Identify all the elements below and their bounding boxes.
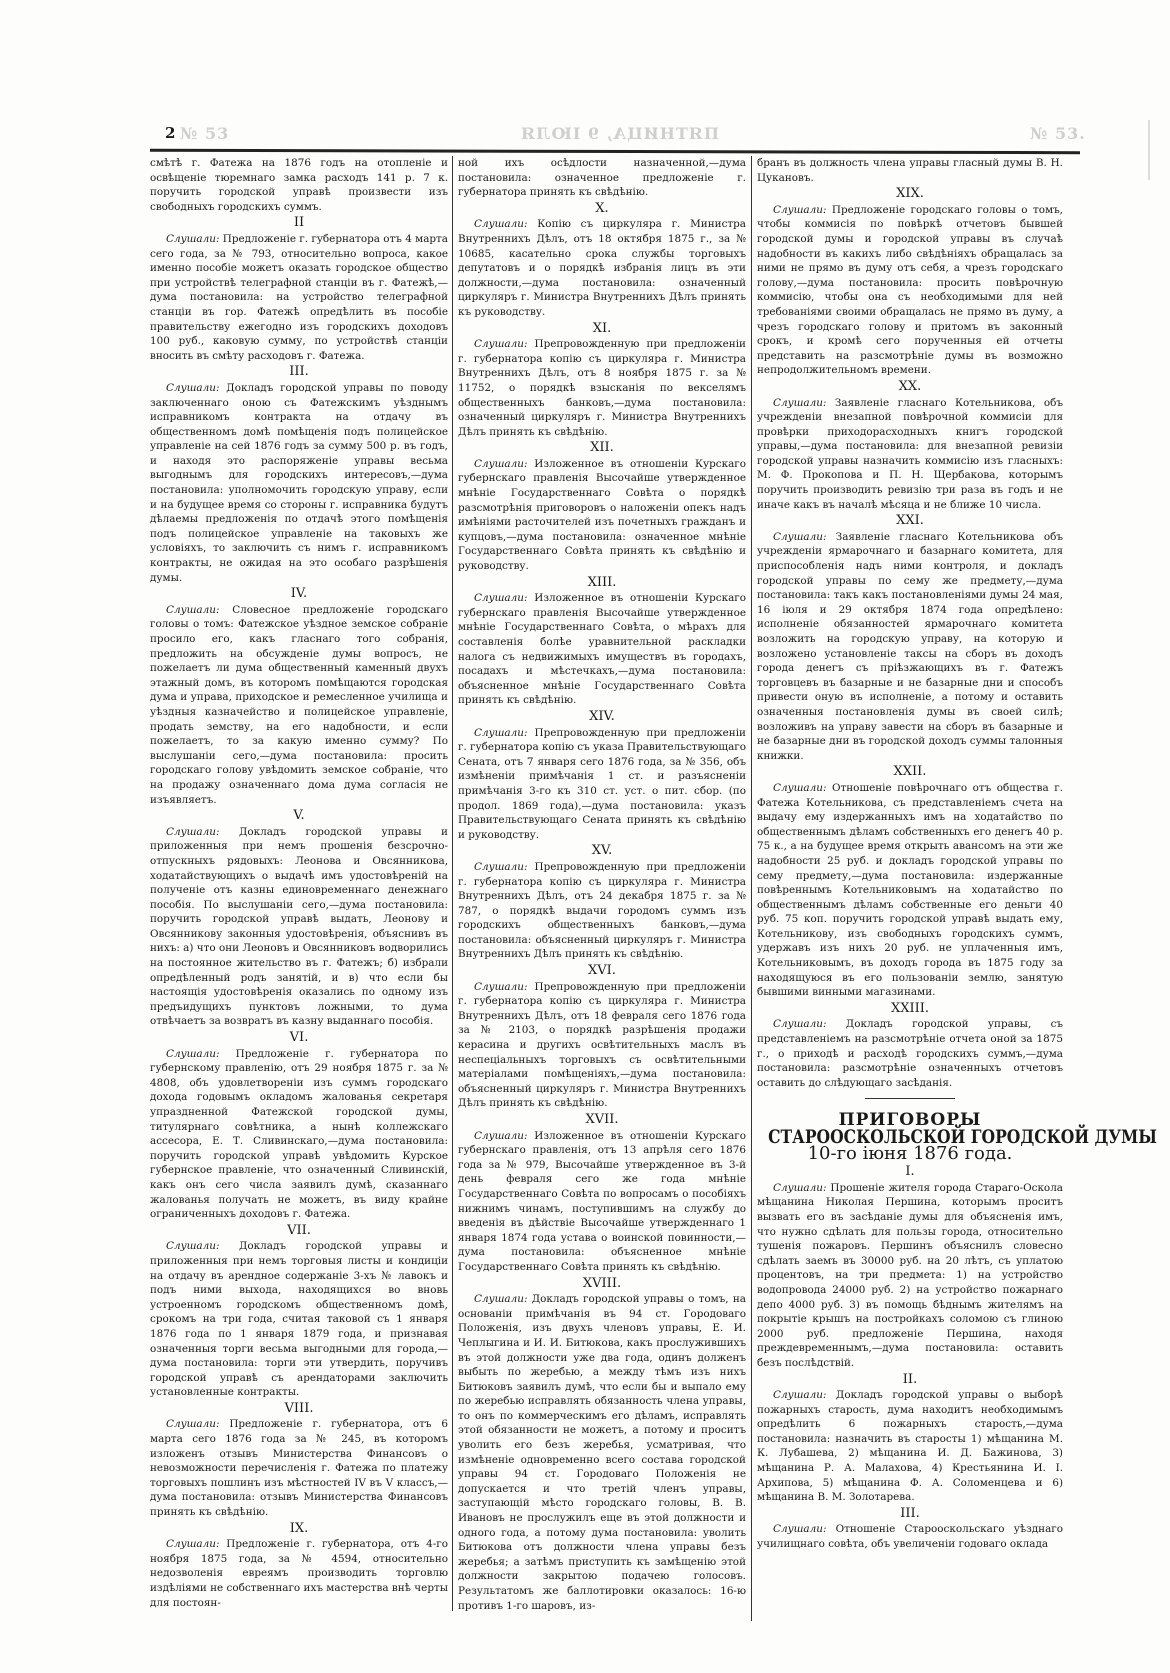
minutes-paragraph: Слушали: Препровожденную при предложеніи… (458, 337, 746, 439)
bleed-through-date: ПЯТНИЦА, 9 ІЮЛЯ (520, 124, 719, 143)
minutes-paragraph: Слушали: Заявленіе гласнаго Котельникова… (757, 530, 1063, 764)
minutes-paragraph: Слушали: Словесное предложеніе городскаг… (150, 603, 448, 807)
minutes-paragraph: Слушали: Изложенное въ отношеніи Курскаг… (458, 1129, 746, 1275)
minutes-paragraph: Слушали: Докладъ городской управы, съ пр… (757, 1017, 1063, 1090)
section-number: XI. (458, 322, 746, 337)
section-number: XVI. (458, 964, 746, 979)
continued-paragraph: ной ихъ осѣдлости назначенной,—дума пост… (458, 156, 746, 200)
section-number: III. (150, 365, 448, 380)
article-subtitle: СТАРООСКОЛЬСКОЙ ГОРОДСКОЙ ДУМЫ (768, 1130, 1052, 1145)
section-number: I. (757, 1165, 1063, 1180)
column-3: бранъ въ должность члена управы гласный … (757, 156, 1063, 1552)
heard-label: Слушали: (773, 204, 826, 216)
paragraph-text: Докладъ городской управы о томъ, на осно… (458, 1293, 746, 1611)
heard-label: Слушали: (474, 1293, 527, 1305)
heard-label: Слушали: (474, 861, 527, 873)
minutes-paragraph: Слушали: Препровожденную при предложеніи… (458, 726, 746, 843)
heard-label: Слушали: (474, 592, 527, 604)
minutes-paragraph: Слушали: Докладъ городской управы по пов… (150, 381, 448, 585)
paragraph-text: Предложеніе г. губернатора, отъ 6 марта … (150, 1418, 448, 1518)
section-number: XXII. (757, 765, 1063, 780)
paragraph-text: ной ихъ осѣдлости назначенной,—дума пост… (458, 157, 746, 198)
heard-label: Слушали: (474, 1130, 527, 1142)
heard-label: Слушали: (773, 397, 826, 409)
minutes-paragraph: Слушали: Предложеніе г. губернатора, отъ… (150, 1537, 448, 1610)
scan-edge-mark (1148, 120, 1150, 180)
paragraph-text: Предложеніе г. губернатора по губернском… (150, 1048, 448, 1221)
heard-label: Слушали: (166, 1538, 219, 1550)
continued-paragraph: бранъ въ должность члена управы гласный … (757, 156, 1063, 185)
minutes-paragraph: Слушали: Докладъ городской управы и прил… (150, 825, 448, 1029)
page-number: 2 (165, 124, 175, 142)
paragraph-text: Докладъ городской управы о выборѣ пожарн… (757, 1389, 1063, 1503)
bleed-through-issue-right: № 53. (1030, 124, 1086, 143)
heard-label: Слушали: (474, 981, 527, 993)
section-number: VI. (150, 1031, 448, 1046)
paragraph-text: Изложенное въ отношеніи Курскаго губернс… (458, 592, 746, 706)
minutes-paragraph: Слушали: Копію съ циркуляра г. Министра … (458, 217, 746, 319)
column-divider-2 (751, 156, 752, 1621)
paragraph-text: Препровожденную при предложеніи г. губер… (458, 981, 746, 1110)
section-number: XIII. (458, 576, 746, 591)
section-number: VII. (150, 1224, 448, 1239)
heard-label: Слушали: (166, 1240, 219, 1252)
section-number: XXI. (757, 514, 1063, 529)
paragraph-text: Препровожденную при предложеніи г. губер… (458, 727, 746, 841)
continued-paragraph: смѣтѣ г. Фатежа на 1876 годъ на отоплені… (150, 156, 448, 214)
paragraph-text: Заявленіе гласнаго Котельникова объ учре… (757, 531, 1063, 762)
heard-label: Слушали: (474, 218, 527, 230)
minutes-paragraph: Слушали: Отношеніе повѣрочнаго отъ общес… (757, 781, 1063, 1000)
minutes-paragraph: Слушали: Прошеніе жителя города Стараго-… (757, 1181, 1063, 1371)
heard-label: Слушали: (166, 1048, 219, 1060)
paragraph-text: Препровожденную при предложеніи г. губер… (458, 861, 746, 961)
minutes-paragraph: Слушали: Заявленіе гласнаго Котельникова… (757, 396, 1063, 513)
paragraph-text: Копію съ циркуляра г. Министра Внутренни… (458, 218, 746, 318)
section-number: II. (757, 1373, 1063, 1388)
paragraph-text: Прошеніе жителя города Стараго-Оскола мѣ… (757, 1182, 1063, 1369)
heard-label: Слушали: (166, 382, 219, 394)
section-number: IX. (150, 1522, 448, 1537)
heard-label: Слушали: (773, 531, 826, 543)
section-number: II (150, 216, 448, 231)
paragraph-text: Изложенное въ отношеніи Курскаго губернс… (458, 458, 746, 572)
minutes-paragraph: Слушали: Изложенное въ отношеніи Курскаг… (458, 591, 746, 708)
paragraph-text: Отношеніе повѣрочнаго отъ общества г. Фа… (757, 782, 1063, 998)
section-number: VIII. (150, 1402, 448, 1417)
minutes-paragraph: Слушали: Докладъ городской управы о томъ… (458, 1292, 746, 1613)
newspaper-page: 2 № 53 ПЯТНИЦА, 9 ІЮЛЯ № 53. смѣтѣ г. Фа… (0, 0, 1170, 1673)
heard-label: Слушали: (773, 1389, 826, 1401)
section-number: XXIII. (757, 1002, 1063, 1017)
section-number: X. (458, 202, 746, 217)
column-2: ной ихъ осѣдлости назначенной,—дума пост… (458, 156, 746, 1613)
section-number: III. (757, 1507, 1063, 1522)
paragraph-text: Предложеніе городскаго головы о томъ, чт… (757, 204, 1063, 377)
minutes-paragraph: Слушали: Препровожденную при предложеніи… (458, 980, 746, 1111)
paragraph-text: Словесное предложеніе городскаго головы … (150, 604, 448, 806)
column-1: смѣтѣ г. Фатежа на 1876 годъ на отоплені… (150, 156, 448, 1610)
paragraph-text: смѣтѣ г. Фатежа на 1876 годъ на отоплені… (150, 157, 448, 213)
heard-label: Слушали: (474, 727, 527, 739)
paragraph-text: Докладъ городской управы по поводу заклю… (150, 382, 448, 584)
section-number: V. (150, 809, 448, 824)
section-number: IV. (150, 587, 448, 602)
section-number: XII. (458, 441, 746, 456)
bleed-through-issue-number: № 53 (180, 124, 229, 143)
minutes-paragraph: Слушали: Предложеніе г. губернатора по г… (150, 1047, 448, 1222)
heard-label: Слушали: (474, 458, 527, 470)
minutes-paragraph: Слушали: Предложеніе г. губернатора, отъ… (150, 1417, 448, 1519)
section-number: XX. (757, 380, 1063, 395)
heard-label: Слушали: (166, 1418, 219, 1430)
heard-label: Слушали: (166, 826, 219, 838)
paragraph-text: бранъ въ должность члена управы гласный … (757, 157, 1063, 184)
heard-label: Слушали: (166, 233, 219, 245)
paragraph-text: Изложенное въ отношеніи Курскаго губернс… (458, 1130, 746, 1273)
paragraph-text: Докладъ городской управы и приложенныя п… (150, 826, 448, 1028)
section-number: XIX. (757, 187, 1063, 202)
minutes-paragraph: Слушали: Изложенное въ отношеніи Курскаг… (458, 457, 746, 574)
heard-label: Слушали: (773, 1018, 826, 1030)
paragraph-text: Докладъ городской управы и приложенныя п… (150, 1240, 448, 1398)
section-number: XVIII. (458, 1277, 746, 1292)
minutes-paragraph: Слушали: Предложеніе городскаго головы о… (757, 203, 1063, 378)
header-rule (150, 149, 1080, 154)
article-date: 10-го іюня 1876 года. (757, 1147, 1063, 1162)
heard-label: Слушали: (773, 1182, 826, 1194)
heard-label: Слушали: (773, 1523, 826, 1535)
section-rule (865, 1098, 955, 1099)
minutes-paragraph: Слушали: Препровожденную при предложеніи… (458, 860, 746, 962)
minutes-paragraph: Слушали: Предложеніе г. губернатора отъ … (150, 232, 448, 363)
minutes-paragraph: Слушали: Докладъ городской управы и прил… (150, 1239, 448, 1400)
column-divider-1 (452, 156, 453, 1611)
minutes-paragraph: Слушали: Отношеніе Старооскольскаго уѣзд… (757, 1522, 1063, 1551)
paragraph-text: Препровожденную при предложеніи г. губер… (458, 338, 746, 438)
section-number: XV. (458, 844, 746, 859)
paragraph-text: Предложеніе г. губернатора отъ 4 марта с… (150, 233, 448, 362)
heard-label: Слушали: (474, 338, 527, 350)
paragraph-text: Заявленіе гласнаго Котельникова, объ учр… (757, 397, 1063, 511)
minutes-paragraph: Слушали: Докладъ городской управы о выбо… (757, 1388, 1063, 1505)
section-number: XVII. (458, 1113, 746, 1128)
section-number: XIV. (458, 710, 746, 725)
heard-label: Слушали: (166, 604, 219, 616)
heard-label: Слушали: (773, 782, 826, 794)
